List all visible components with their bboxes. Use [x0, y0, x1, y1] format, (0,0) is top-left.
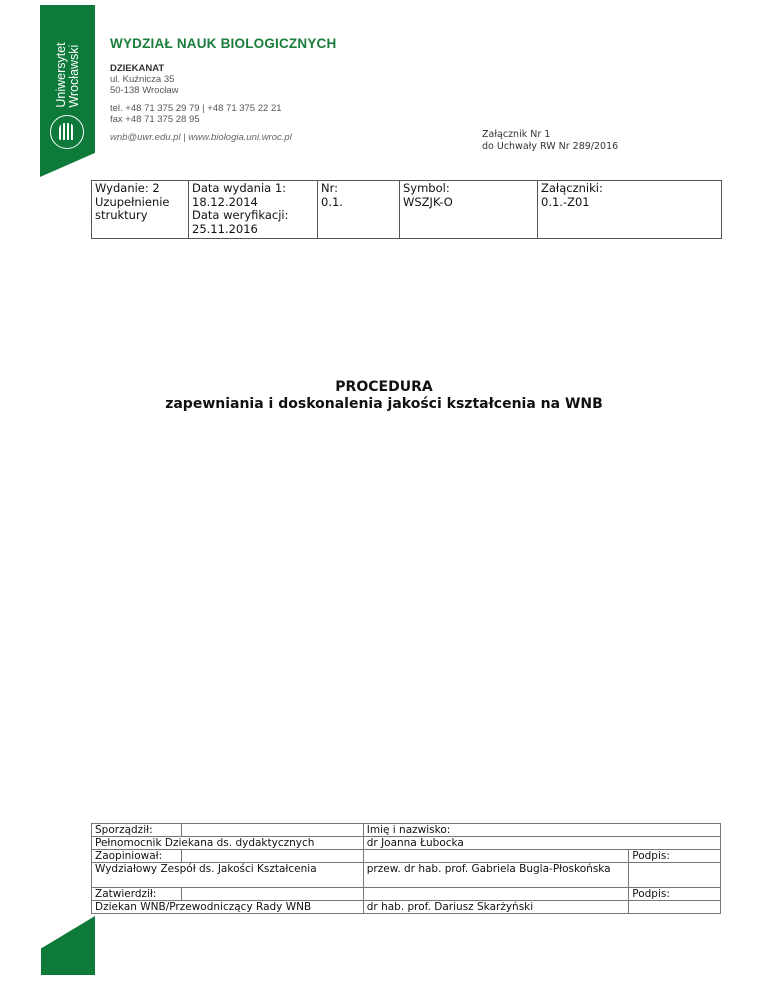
- issue-date-label: Data wydania 1:: [192, 182, 314, 196]
- reviewed-label: Zaopiniował:: [92, 850, 182, 863]
- table-row: Zaopiniował: Podpis:: [92, 850, 721, 863]
- table-row: Wydanie: 2 Uzupełnienie struktury Data w…: [92, 181, 722, 239]
- approved-label: Zatwierdził:: [92, 888, 182, 901]
- empty-cell: [181, 888, 363, 901]
- signature-field-2: [629, 901, 721, 914]
- university-name-line1: Uniwersytet: [55, 42, 68, 107]
- signature-label-1: Podpis:: [629, 850, 721, 863]
- empty-cell: [181, 824, 363, 837]
- empty-cell: [363, 888, 628, 901]
- reviewed-role: Wydziałowy Zespół ds. Jakości Kształceni…: [92, 863, 364, 888]
- university-name: Uniwersytet Wrocławski: [55, 42, 81, 107]
- symbol-value: WSZJK-O: [403, 196, 534, 210]
- reviewed-name: przew. dr hab. prof. Gabriela Bugla-Płos…: [363, 863, 628, 888]
- prepared-label: Sporządził:: [92, 824, 182, 837]
- symbol-label: Symbol:: [403, 182, 534, 196]
- edition-note-1: Uzupełnienie: [95, 196, 185, 210]
- approved-name: dr hab. prof. Dariusz Skarżyński: [363, 901, 628, 914]
- attachments-label: Załączniki:: [541, 182, 718, 196]
- approval-signature-table: Sporządził: Imię i nazwisko: Pełnomocnik…: [91, 823, 721, 914]
- name-header: Imię i nazwisko:: [363, 824, 720, 837]
- symbol-cell: Symbol: WSZJK-O: [400, 181, 538, 239]
- number-value: 0.1.: [321, 196, 396, 210]
- attachments-cell: Załączniki: 0.1.-Z01: [538, 181, 722, 239]
- table-row: Zatwierdził: Podpis:: [92, 888, 721, 901]
- office-name: DZIEKANAT: [110, 63, 336, 74]
- table-row: Pełnomocnik Dziekana ds. dydaktycznych d…: [92, 837, 721, 850]
- letterhead: WYDZIAŁ NAUK BIOLOGICZNYCH DZIEKANAT ul.…: [110, 36, 336, 143]
- university-emblem-icon: [50, 115, 84, 149]
- annex-line1: Załącznik Nr 1: [482, 129, 618, 141]
- footer-green-decoration: [41, 916, 95, 975]
- approved-role: Dziekan WNB/Przewodniczący Rady WNB: [92, 901, 364, 914]
- city-address: 50-138 Wrocław: [110, 85, 336, 96]
- verification-date-label: Data weryfikacji:: [192, 209, 314, 223]
- document-metadata-table: Wydanie: 2 Uzupełnienie struktury Data w…: [91, 180, 722, 239]
- street-address: ul. Kuźnicza 35: [110, 74, 336, 85]
- table-row: Sporządził: Imię i nazwisko:: [92, 824, 721, 837]
- title-subtitle: zapewniania i doskonalenia jakości kszta…: [0, 396, 768, 413]
- prepared-role: Pełnomocnik Dziekana ds. dydaktycznych: [92, 837, 364, 850]
- table-row: Dziekan WNB/Przewodniczący Rady WNB dr h…: [92, 901, 721, 914]
- edition-note-2: struktury: [95, 209, 185, 223]
- number-label: Nr:: [321, 182, 396, 196]
- university-logo-banner: Uniwersytet Wrocławski: [40, 5, 95, 177]
- phone-numbers: tel. +48 71 375 29 79 | +48 71 375 22 21: [110, 103, 336, 114]
- attachments-value: 0.1.-Z01: [541, 196, 718, 210]
- annex-note: Załącznik Nr 1 do Uchwały RW Nr 289/2016: [482, 129, 618, 153]
- empty-cell: [363, 850, 628, 863]
- edition-label: Wydanie: 2: [95, 182, 185, 196]
- fax-number: fax +48 71 375 28 95: [110, 114, 336, 125]
- number-cell: Nr: 0.1.: [318, 181, 400, 239]
- prepared-name: dr Joanna Łubocka: [363, 837, 720, 850]
- signature-field-1: [629, 863, 721, 888]
- table-row: Wydziałowy Zespół ds. Jakości Kształceni…: [92, 863, 721, 888]
- signature-label-2: Podpis:: [629, 888, 721, 901]
- document-title: PROCEDURA zapewniania i doskonalenia jak…: [0, 379, 768, 413]
- contact-web: wnb@uwr.edu.pl | www.biologia.uni.wroc.p…: [110, 132, 336, 143]
- dates-cell: Data wydania 1: 18.12.2014 Data weryfika…: [189, 181, 318, 239]
- edition-cell: Wydanie: 2 Uzupełnienie struktury: [92, 181, 189, 239]
- annex-line2: do Uchwały RW Nr 289/2016: [482, 141, 618, 153]
- issue-date-value: 18.12.2014: [192, 196, 314, 210]
- university-name-line2: Wrocławski: [68, 42, 81, 107]
- title-main: PROCEDURA: [0, 379, 768, 396]
- verification-date-value: 25.11.2016: [192, 223, 314, 237]
- empty-cell: [181, 850, 363, 863]
- faculty-name: WYDZIAŁ NAUK BIOLOGICZNYCH: [110, 36, 336, 51]
